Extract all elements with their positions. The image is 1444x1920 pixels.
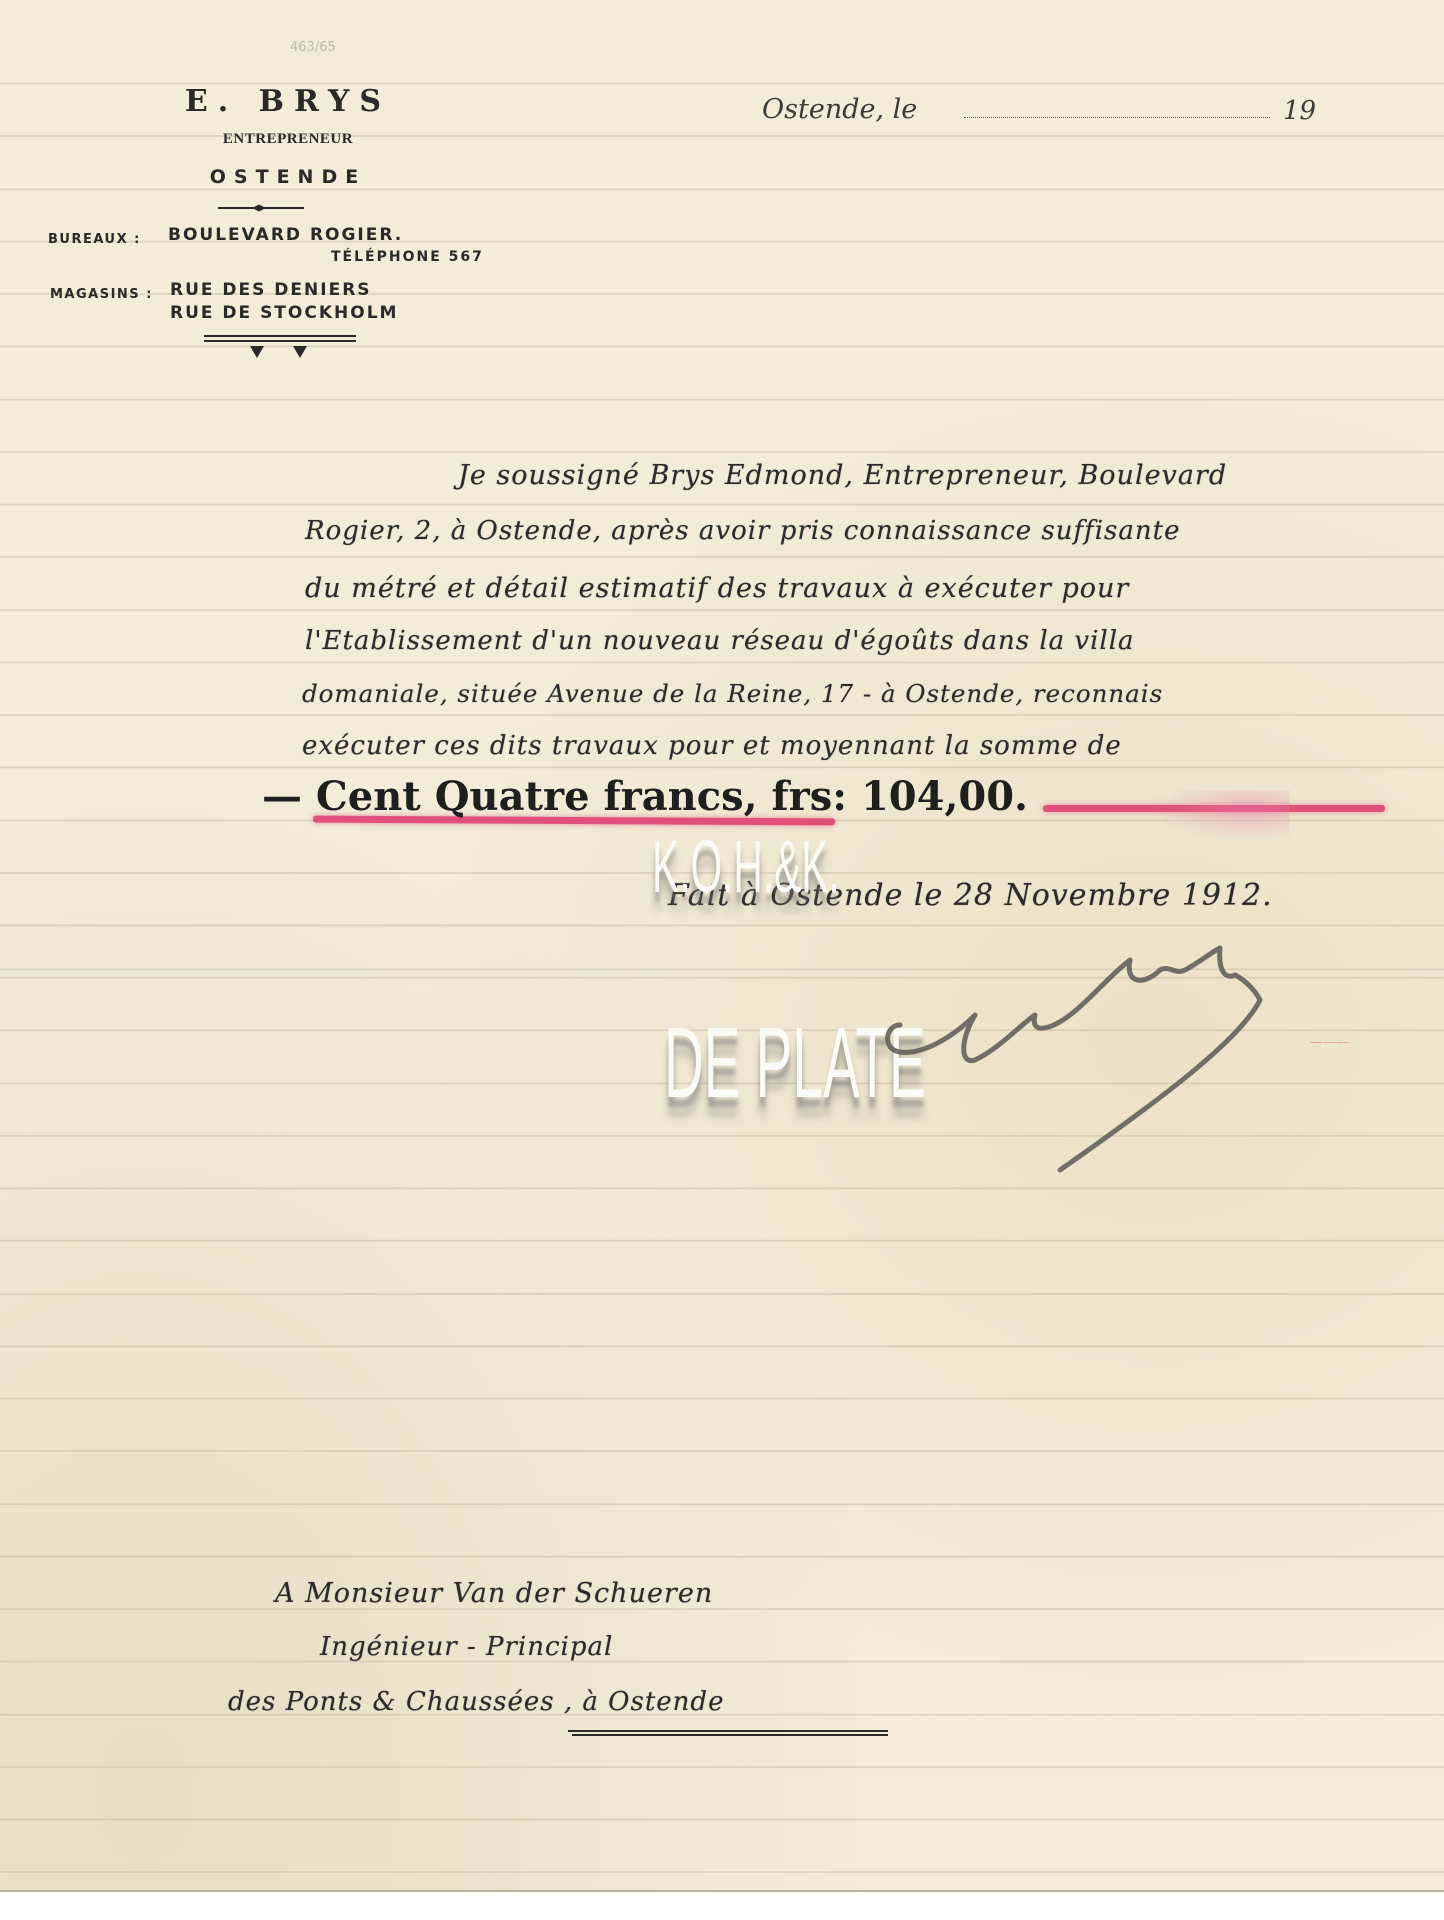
body-line: domaniale, située Avenue de la Reine, 17… [302,679,1163,708]
recipient-underline [572,1734,888,1736]
date-dotted-line [964,117,1270,118]
watermark-line-1: K.O.H.&K. [652,824,840,909]
company-name: E. BRYS [138,84,438,119]
date-year: 19 [1283,96,1316,126]
stores-address-2: RUE DE STOCKHOLM [170,303,398,323]
company-title: ENTREPRENEUR [138,131,438,148]
body-line: Rogier, 2, à Ostende, après avoir pris c… [305,516,1180,546]
ornament-divider [218,207,304,209]
offices-address: BOULEVARD ROGIER. [168,225,403,245]
letterhead-rule [204,335,356,337]
stores-label: MAGASINS : [50,287,153,302]
recipient-line-2: Ingénieur - Principal [320,1632,613,1662]
company-city: OSTENDE [138,166,438,188]
triangle-ornament-icon [293,346,307,358]
recipient-line-3: des Ponts & Chaussées , à Ostende [228,1687,724,1717]
stores-address-1: RUE DES DENIERS [170,280,372,300]
amount-in-words: — Cent Quatre francs, frs: 104,00. [262,773,1028,820]
triangle-ornament-icon [250,346,264,358]
body-line: du métré et détail estimatif des travaux… [305,573,1129,604]
faint-red-mark: ——— [1310,1035,1349,1050]
body-line: Je soussigné Brys Edmond, Entrepreneur, … [458,460,1227,491]
body-line: l'Etablissement d'un nouveau réseau d'ég… [305,626,1135,656]
offices-label: BUREAUX : [48,232,141,247]
recipient-line-1: A Monsieur Van der Schueren [275,1578,713,1609]
date-place: Ostende, le [762,94,917,125]
pencil-note-top: 463/65 [290,40,336,55]
recipient-underline [568,1730,888,1732]
telephone: TÉLÉPHONE 567 [331,249,484,265]
letterhead-rule [204,340,356,342]
signature-scribble-icon [860,930,1280,1180]
body-line: exécuter ces dits travaux pour et moyenn… [302,731,1122,761]
red-ink-bleed [1150,790,1290,840]
